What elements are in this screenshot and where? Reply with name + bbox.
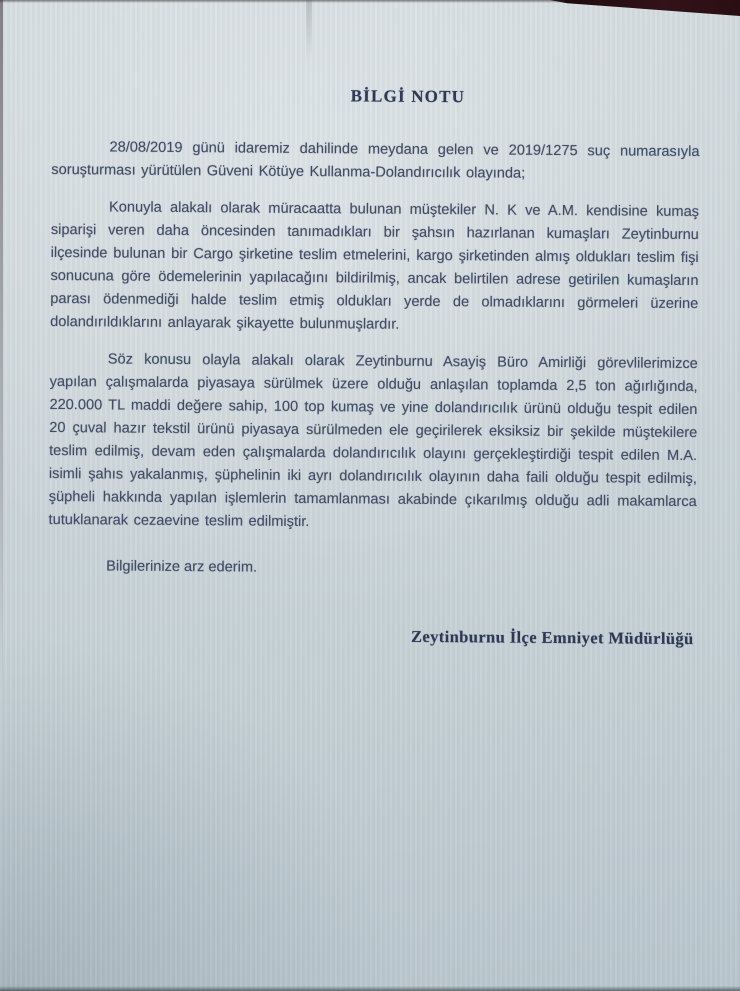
paper-left-edge xyxy=(0,0,3,694)
memo-content: BİLGİ NOTU 28/08/2019 günü idaremiz dahi… xyxy=(48,84,700,649)
scanned-memo-photo: BİLGİ NOTU 28/08/2019 günü idaremiz dahi… xyxy=(0,0,740,991)
paragraph-intro: 28/08/2019 günü idaremiz dahilinde meyda… xyxy=(51,136,699,187)
memo-body: 28/08/2019 günü idaremiz dahilinde meyda… xyxy=(48,136,699,537)
memo-title: BİLGİ NOTU xyxy=(84,84,732,109)
paragraph-investigation: Söz konusu olayla alakalı olarak Zeytinb… xyxy=(48,348,697,537)
paragraph-complaint: Konuyla alakalı olarak müracaatta buluna… xyxy=(50,196,699,339)
paper-top-edge xyxy=(0,0,565,3)
paper-bottom-edge xyxy=(0,986,740,991)
paper-crease xyxy=(306,0,312,60)
closing-line: Bilgilerinize arz ederim. xyxy=(48,555,696,583)
